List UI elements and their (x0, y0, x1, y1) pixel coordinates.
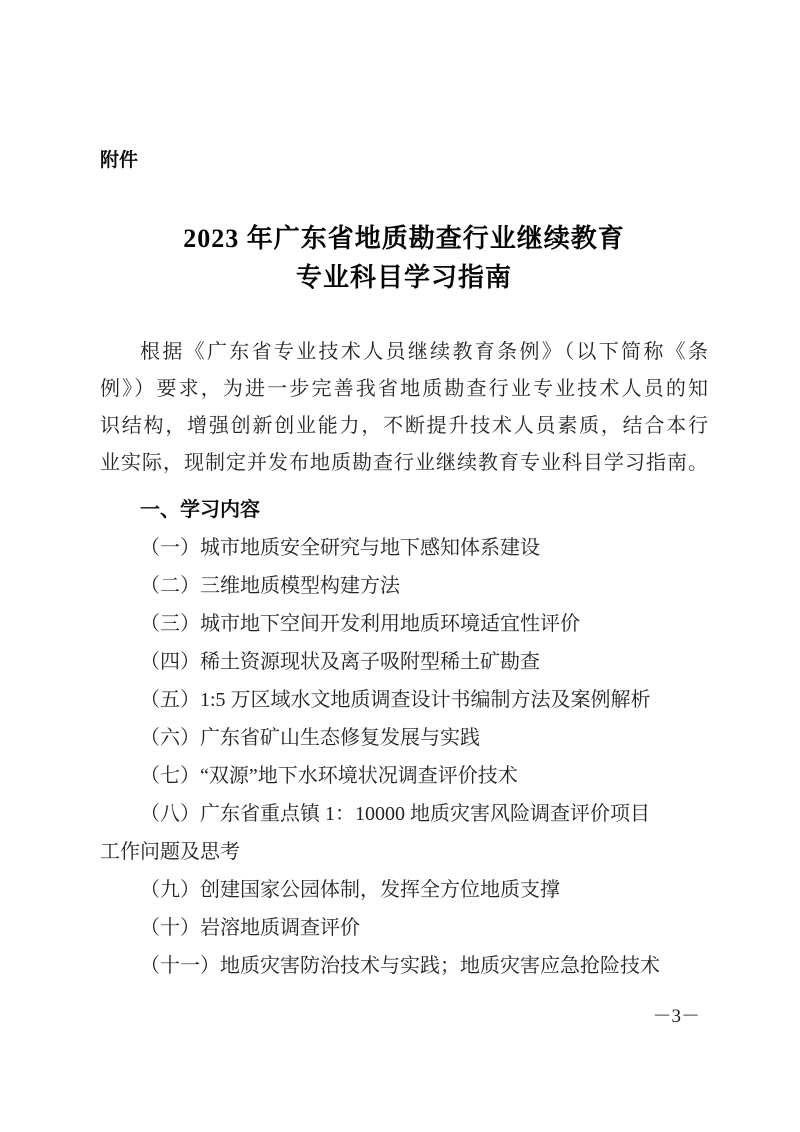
intro-line: 识结构，增强创新创业能力，不断提升技术人员素质，结合本行 (100, 408, 708, 445)
list-item-9: （九）创建国家公园体制，发挥全方位地质支撑 (100, 871, 708, 909)
section-heading-learning-content: 一、学习内容 (100, 491, 708, 529)
document-title-line-1: 2023 年广东省地质勘查行业继续教育 (100, 219, 708, 258)
document-title: 2023 年广东省地质勘查行业继续教育 专业科目学习指南 (100, 219, 708, 297)
list-item-2: （二）三维地质模型构建方法 (100, 567, 708, 605)
list-item-6: （六）广东省矿山生态修复发展与实践 (100, 719, 708, 757)
list-item-5: （五）1:5 万区域水文地质调查设计书编制方法及案例解析 (100, 681, 708, 719)
list-item-3: （三）城市地下空间开发利用地质环境适宜性评价 (100, 605, 708, 643)
list-item-10: （十）岩溶地质调查评价 (100, 909, 708, 947)
list-item-7: （七）“双源”地下水环境状况调查评价技术 (100, 757, 708, 795)
list-item-11: （十一）地质灾害防治技术与实践；地质灾害应急抢险技术 (100, 947, 708, 985)
list-item-1: （一）城市地质安全研究与地下感知体系建设 (100, 529, 708, 567)
intro-line: 例》）要求，为进一步完善我省地质勘查行业专业技术人员的知 (100, 371, 708, 408)
intro-paragraph: 根据《广东省专业技术人员继续教育条例》（以下简称《条 例》）要求，为进一步完善我… (100, 334, 708, 482)
list-item-8-continuation: 工作问题及思考 (100, 833, 708, 871)
document-page: 附件 2023 年广东省地质勘查行业继续教育 专业科目学习指南 根据《广东省专业… (0, 0, 800, 1132)
page-number: －3－ (100, 1006, 708, 1028)
attachment-label: 附件 (100, 150, 708, 172)
learning-content-list: （一）城市地质安全研究与地下感知体系建设 （二）三维地质模型构建方法 （三）城市… (100, 529, 708, 985)
list-item-4: （四）稀土资源现状及离子吸附型稀土矿勘查 (100, 643, 708, 681)
list-item-8: （八）广东省重点镇 1：10000 地质灾害风险调查评价项目 (100, 795, 708, 833)
document-title-line-2: 专业科目学习指南 (100, 258, 708, 297)
intro-line: 业实际，现制定并发布地质勘查行业继续教育专业科目学习指南。 (100, 445, 708, 482)
intro-line: 根据《广东省专业技术人员继续教育条例》（以下简称《条 (100, 334, 708, 371)
